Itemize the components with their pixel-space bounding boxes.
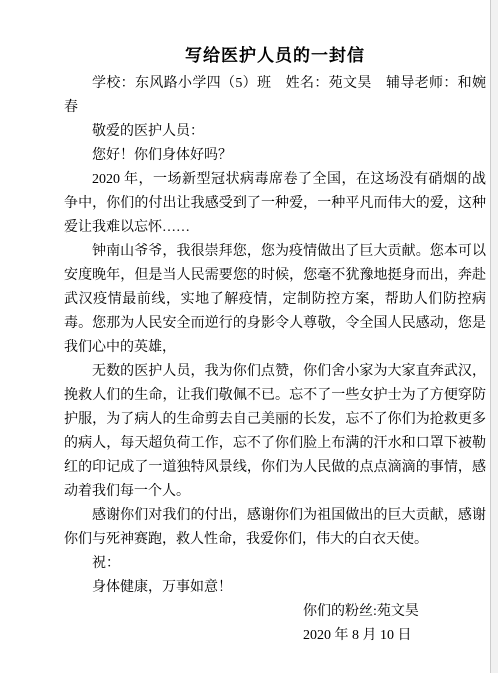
paragraph-greeting: 您好！你们身体好吗？ — [64, 144, 486, 168]
vertical-scrollbar-track[interactable] — [490, 0, 498, 673]
signature-name: 你们的粉丝:苑文昊 — [303, 600, 486, 624]
signature-block: 你们的粉丝:苑文昊 2020 年 8 月 10 日 — [303, 600, 486, 648]
paragraph-medical-staff: 无数的医护人员，我为你们点赞，你们舍小家为大家直奔武汉，挽救人们的生命，让我们敬… — [64, 360, 486, 504]
paragraph-zhong-nanshan: 钟南山爷爷，我很崇拜您，您为疫情做出了巨大贡献。您本可以安度晚年，但是当人民需要… — [64, 240, 486, 360]
salutation: 敬爱的医护人员： — [64, 120, 486, 144]
wish-text: 身体健康，万事如意！ — [64, 576, 486, 600]
paragraph-pandemic-love: 2020 年，一场新型冠状病毒席卷了全国，在这场没有硝烟的战争中，你们的付出让我… — [64, 168, 486, 240]
letter-title: 写给医护人员的一封信 — [64, 44, 486, 68]
signature-date: 2020 年 8 月 10 日 — [303, 624, 486, 648]
school-meta-line: 学校：东风路小学四（5）班 姓名：苑文昊 辅导老师：和婉春 — [64, 72, 486, 120]
letter-body: 写给医护人员的一封信 学校：东风路小学四（5）班 姓名：苑文昊 辅导老师：和婉春… — [64, 44, 486, 648]
paragraph-thanks: 感谢你们对我们的付出，感谢你们为祖国做出的巨大贡献，感谢你们与死神赛跑，救人性命… — [64, 504, 486, 552]
document-page: 写给医护人员的一封信 学校：东风路小学四（5）班 姓名：苑文昊 辅导老师：和婉春… — [0, 0, 490, 673]
wish-label: 祝： — [64, 552, 486, 576]
